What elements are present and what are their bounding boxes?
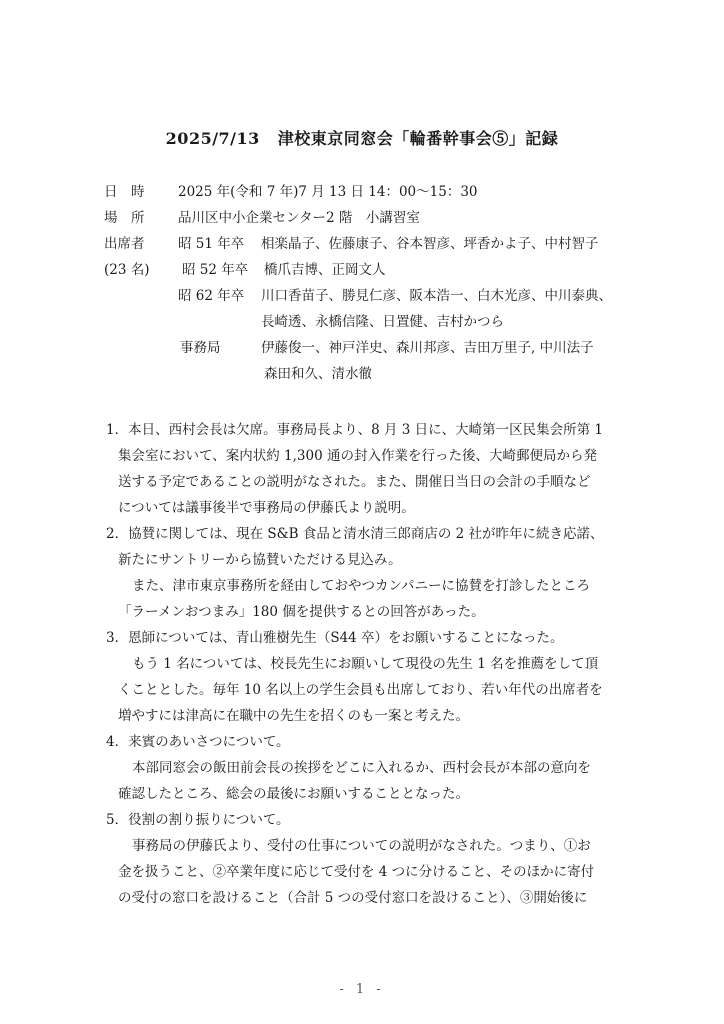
item-line: 集会室において、案内状約 1,300 通の封入作業を行った後、大崎郵便局から発 (118, 446, 597, 466)
group-label-s51: 昭 51 年卒 (178, 234, 244, 254)
datetime-value: 2025 年(令和 7 年)7 月 13 日 14：00〜15：30 (178, 182, 478, 202)
item-line: 事務局の伊藤氏より、受付の仕事についての説明がなされた。つまり、①お (132, 836, 591, 856)
item-line: 4．来賓のあいさつについて。 (106, 732, 290, 752)
item-line: くこととした。毎年 10 名以上の学生会員も出席しており、若い年代の出席者を (118, 680, 603, 700)
document-title: 2025/7/13津校東京同窓会「輪番幹事会⑤」記録 (0, 126, 724, 149)
group-names-office-line2: 森田和久、清水徹 (264, 364, 372, 384)
item-line: 送する予定であることの説明がなされた。また、開催日当日の会計の手順など (118, 472, 591, 492)
item-line: 本部同窓会の飯田前会長の挨拶をどこに入れるか、西村会長が本部の意向を (132, 758, 591, 778)
title-text: 津校東京同窓会「輪番幹事会⑤」記録 (278, 129, 559, 148)
datetime-label: 日 時 (104, 182, 145, 202)
title-date: 2025/7/13 (166, 129, 260, 148)
item-line: また、津市東京事務所を経由しておやつカンパニーに協賛を打診したところ (132, 576, 590, 596)
group-label-s62: 昭 62 年卒 (178, 286, 244, 306)
item-line: 確認したところ、総会の最後にお願いすることとなった。 (118, 784, 469, 804)
item-line: 増やすには津高に在職中の先生を招くのも一案と考えた。 (118, 706, 469, 726)
item-line: 「ラーメンおつまみ」180 個を提供するとの回答があった。 (118, 602, 485, 622)
item-line: 5．役割の割り振りについて。 (106, 810, 290, 830)
item-line: の受付の窓口を設けること（合計 5 つの受付窓口を設けること）、③開始後に (118, 888, 587, 908)
item-line: 2．協賛に関しては、現在 S&B 食品と清水清三郎商店の 2 社が昨年に続き応諾… (106, 524, 604, 544)
item-line: については議事後半で事務局の伊藤氏より説明。 (118, 498, 415, 518)
document-page: 2025/7/13津校東京同窓会「輪番幹事会⑤」記録 日 時 2025 年(令和… (0, 0, 724, 1024)
group-names-office-line1: 伊藤俊一、神戸洋史、森川邦彦、吉田万里子, 中川法子 (261, 338, 594, 358)
group-names-s62-line1: 川口香苗子、勝見仁彦、阪本浩一、白木光彦、中川泰典、 (261, 286, 612, 306)
attendees-label: 出席者 (104, 234, 145, 254)
group-names-s51: 相楽晶子、佐藤康子、谷本智彦、坪香かよ子、中村智子 (261, 234, 599, 254)
group-label-s52: 昭 52 年卒 (182, 260, 248, 280)
item-line: もう 1 名については、校長先生にお願いして現役の先生 1 名を推薦をして頂 (132, 654, 598, 674)
place-value: 品川区中小企業センター2 階 小講習室 (178, 208, 420, 228)
place-label: 場 所 (104, 208, 145, 228)
item-line: 3．恩師については、青山雅樹先生（S44 卒）をお願いすることになった。 (106, 628, 564, 648)
group-label-office: 事務局 (180, 338, 221, 358)
page-number: - 1 - (0, 982, 724, 997)
group-names-s62-line2: 長崎透、永橋信隆、日置健、吉村かつら (261, 312, 504, 332)
item-line: 金を扱うこと、②卒業年度に応じて受付を 4 つに分けること、そのほかに寄付 (118, 862, 594, 882)
item-line: 新たにサントリーから協賛いただける見込み。 (118, 550, 402, 570)
group-names-s52: 橋爪吉博、正岡文人 (264, 260, 386, 280)
item-line: 1．本日、西村会長は欠席。事務局長より、8 月 3 日に、大崎第一区民集会所第 … (106, 420, 603, 440)
attendees-count: (23 名) (104, 260, 150, 280)
